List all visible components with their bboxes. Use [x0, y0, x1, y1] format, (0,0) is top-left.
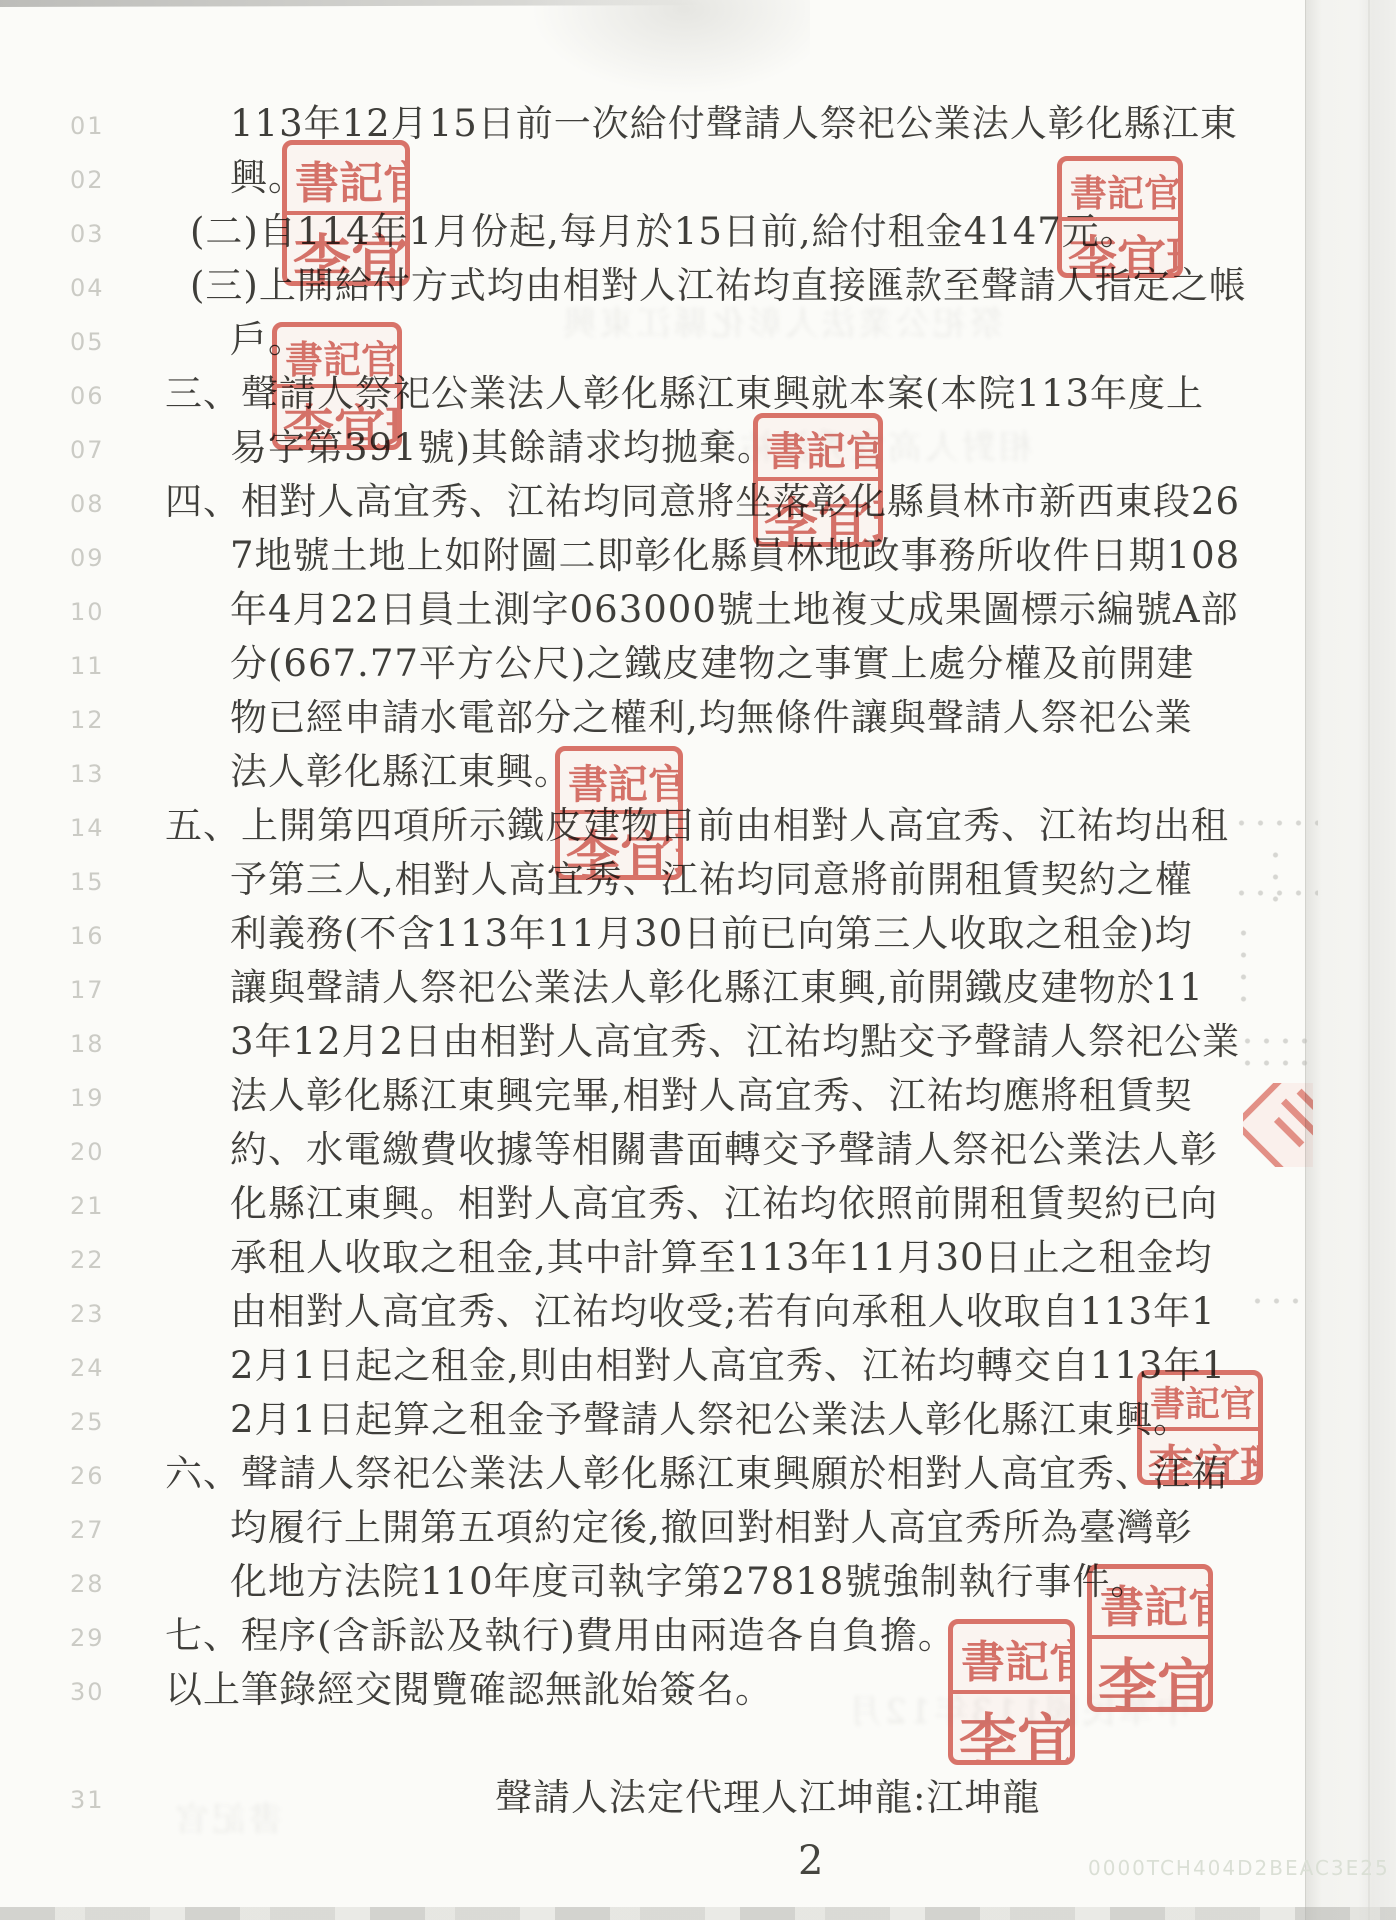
seal-title-row: 書記官 [277, 327, 397, 388]
margin-line-number: 05 [70, 330, 105, 354]
clerk-seal: 書記官李宜珊 [272, 322, 402, 450]
margin-line-number: 19 [70, 1086, 105, 1110]
seal-title-row: 書記官 [287, 145, 405, 215]
seal-name-row: 李宜珊 [758, 481, 878, 547]
signature-line: 聲請人法定代理人江坤龍:江坤龍 [495, 1779, 1040, 1816]
margin-line-number: 26 [70, 1464, 105, 1488]
bleedthrough-text: 中華民國113年12月 [845, 1684, 1190, 1733]
transcript-line: 化地方法院110年度司執字第27818號強制執行事件。 [230, 1563, 1148, 1600]
perforation-marks [1232, 812, 1318, 838]
clerk-seal: 書記官李宜珊 [1137, 1370, 1263, 1485]
margin-line-number: 17 [70, 978, 105, 1002]
page-number: 2 [798, 1838, 823, 1884]
margin-line-number: 18 [70, 1032, 105, 1056]
seal-title-row: 書記官 [1092, 1569, 1208, 1639]
clerk-seal: 書記官李宜珊 [555, 746, 683, 880]
margin-line-number: 28 [70, 1572, 105, 1596]
margin-line-number: 06 [70, 384, 105, 408]
margin-line-number: 31 [70, 1788, 105, 1812]
margin-line-number: 13 [70, 762, 105, 786]
margin-line-number: 27 [70, 1518, 105, 1542]
transcript-line: 以上筆錄經交閱覽確認無訛始簽名。 [165, 1671, 773, 1708]
document-id-watermark: 0000TCH404D2BEAC3E25 [1088, 1856, 1390, 1880]
seal-title-row: 書記官 [560, 751, 678, 814]
perforation-marks [1238, 1030, 1318, 1074]
perforation-marks [1234, 922, 1254, 1018]
margin-line-number: 08 [70, 492, 105, 516]
seal-title-row: 書記官 [1062, 161, 1178, 221]
margin-line-number: 29 [70, 1626, 105, 1650]
margin-line-number: 10 [70, 600, 105, 624]
transcript-line: 法人彰化縣江東興完畢,相對人高宜秀、江祐均應將租賃契 [230, 1077, 1193, 1114]
margin-line-number: 25 [70, 1410, 105, 1434]
margin-line-number: 22 [70, 1248, 105, 1272]
seal-name-row: 李宜珊 [287, 215, 405, 286]
margin-line-number: 01 [70, 114, 105, 138]
margin-line-number: 20 [70, 1140, 105, 1164]
transcript-line: 六、聲請人祭祀公業法人彰化縣江東興願於相對人高宜秀、江祐 [165, 1455, 1229, 1492]
transcript-line: 均履行上開第五項約定後,撤回對相對人高宜秀所為臺灣彰 [230, 1509, 1193, 1546]
bleedthrough-text: 書記官 [172, 1792, 283, 1841]
scanned-document-page: 01113年12月15日前一次給付聲請人祭祀公業法人彰化縣江東02興。03(二)… [0, 0, 1396, 1920]
seal-title-row: 書記官 [1142, 1375, 1258, 1431]
page-fold-line [1368, 0, 1370, 1920]
perforation-marks [1248, 1290, 1312, 1314]
seal-name-row: 李宜珊 [560, 814, 678, 880]
margin-line-number: 02 [70, 168, 105, 192]
margin-line-number: 11 [70, 654, 105, 678]
transcript-line: 約、水電繳費收據等相關書面轉交予聲請人祭祀公業法人彰 [230, 1131, 1218, 1168]
scan-smudge-artifact [530, 0, 810, 95]
transcript-line: 2月1日起算之租金予聲請人祭祀公業法人彰化縣江東興。 [230, 1401, 1191, 1438]
transcript-line: 2月1日起之租金,則由相對人高宜秀、江祐均轉交自113年1 [230, 1347, 1226, 1384]
transcript-line: 予第三人,相對人高宜秀、江祐均同意將前開租賃契約之權 [230, 861, 1193, 898]
transcript-line: 法人彰化縣江東興。 [230, 753, 572, 790]
perforation-marks [1232, 882, 1318, 906]
bleedthrough-text: 祭祀公業法人彰化縣江東興 [560, 296, 1004, 345]
transcript-line: 讓與聲請人祭祀公業法人彰化縣江東興,前開鐵皮建物於11 [230, 969, 1204, 1006]
margin-line-number: 03 [70, 222, 105, 246]
margin-line-number: 04 [70, 276, 105, 300]
transcript-line: 利義務(不含113年11月30日前已向第三人收取之租金)均 [230, 915, 1193, 952]
seal-border [1243, 1083, 1313, 1167]
margin-line-number: 24 [70, 1356, 105, 1380]
seal-name-row: 李宜珊 [1142, 1431, 1258, 1485]
transcript-line: 七、程序(含訴訟及執行)費用由兩造各自負擔。 [165, 1617, 956, 1654]
transcript-line: 化縣江東興。相對人高宜秀、江祐均依照前開租賃契約已向 [230, 1185, 1218, 1222]
margin-line-number: 30 [70, 1680, 105, 1704]
margin-line-number: 16 [70, 924, 105, 948]
margin-line-number: 07 [70, 438, 105, 462]
scan-bottom-edge-artifact [0, 1907, 1396, 1920]
margin-line-number: 12 [70, 708, 105, 732]
transcript-line: 物已經申請水電部分之權利,均無條件讓與聲請人祭祀公業 [230, 699, 1193, 736]
clerk-seal-rotated-clipped [1243, 1083, 1313, 1167]
seal-name-row: 李宜珊 [1062, 221, 1178, 278]
transcript-line: 年4月22日員土測字063000號土地複丈成果圖標示編號A部 [230, 591, 1239, 628]
transcript-line: 四、相對人高宜秀、江祐均同意將坐落彰化縣員林市新西東段26 [165, 483, 1240, 520]
bleedthrough-text: 相對人高宜秀江祐均 [700, 420, 1033, 469]
seal-name-row: 李宜珊 [277, 388, 397, 450]
clerk-seal: 書記官李宜珊 [1057, 156, 1183, 278]
transcript-line: 113年12月15日前一次給付聲請人祭祀公業法人彰化縣江東 [230, 105, 1238, 142]
transcript-line: 承租人收取之租金,其中計算至113年11月30日止之租金均 [230, 1239, 1213, 1276]
margin-line-number: 21 [70, 1194, 105, 1218]
margin-line-number: 14 [70, 816, 105, 840]
transcript-line: 7地號土地上如附圖二即彰化縣員林地政事務所收件日期108 [230, 537, 1240, 574]
clerk-seal: 書記官李宜珊 [282, 140, 410, 286]
transcript-line: 3年12月2日由相對人高宜秀、江祐均點交予聲請人祭祀公業 [230, 1023, 1240, 1060]
transcript-line: 五、上開第四項所示鐵皮建物目前由相對人高宜秀、江祐均出租 [165, 807, 1229, 844]
margin-line-number: 09 [70, 546, 105, 570]
transcript-line: 分(667.77平方公尺)之鐵皮建物之事實上處分權及前開建 [230, 645, 1194, 682]
margin-line-number: 15 [70, 870, 105, 894]
margin-line-number: 23 [70, 1302, 105, 1326]
transcript-line: 由相對人高宜秀、江祐均收受;若有向承租人收取自113年1 [230, 1293, 1216, 1330]
page-fold-shadow [1305, 0, 1396, 1920]
